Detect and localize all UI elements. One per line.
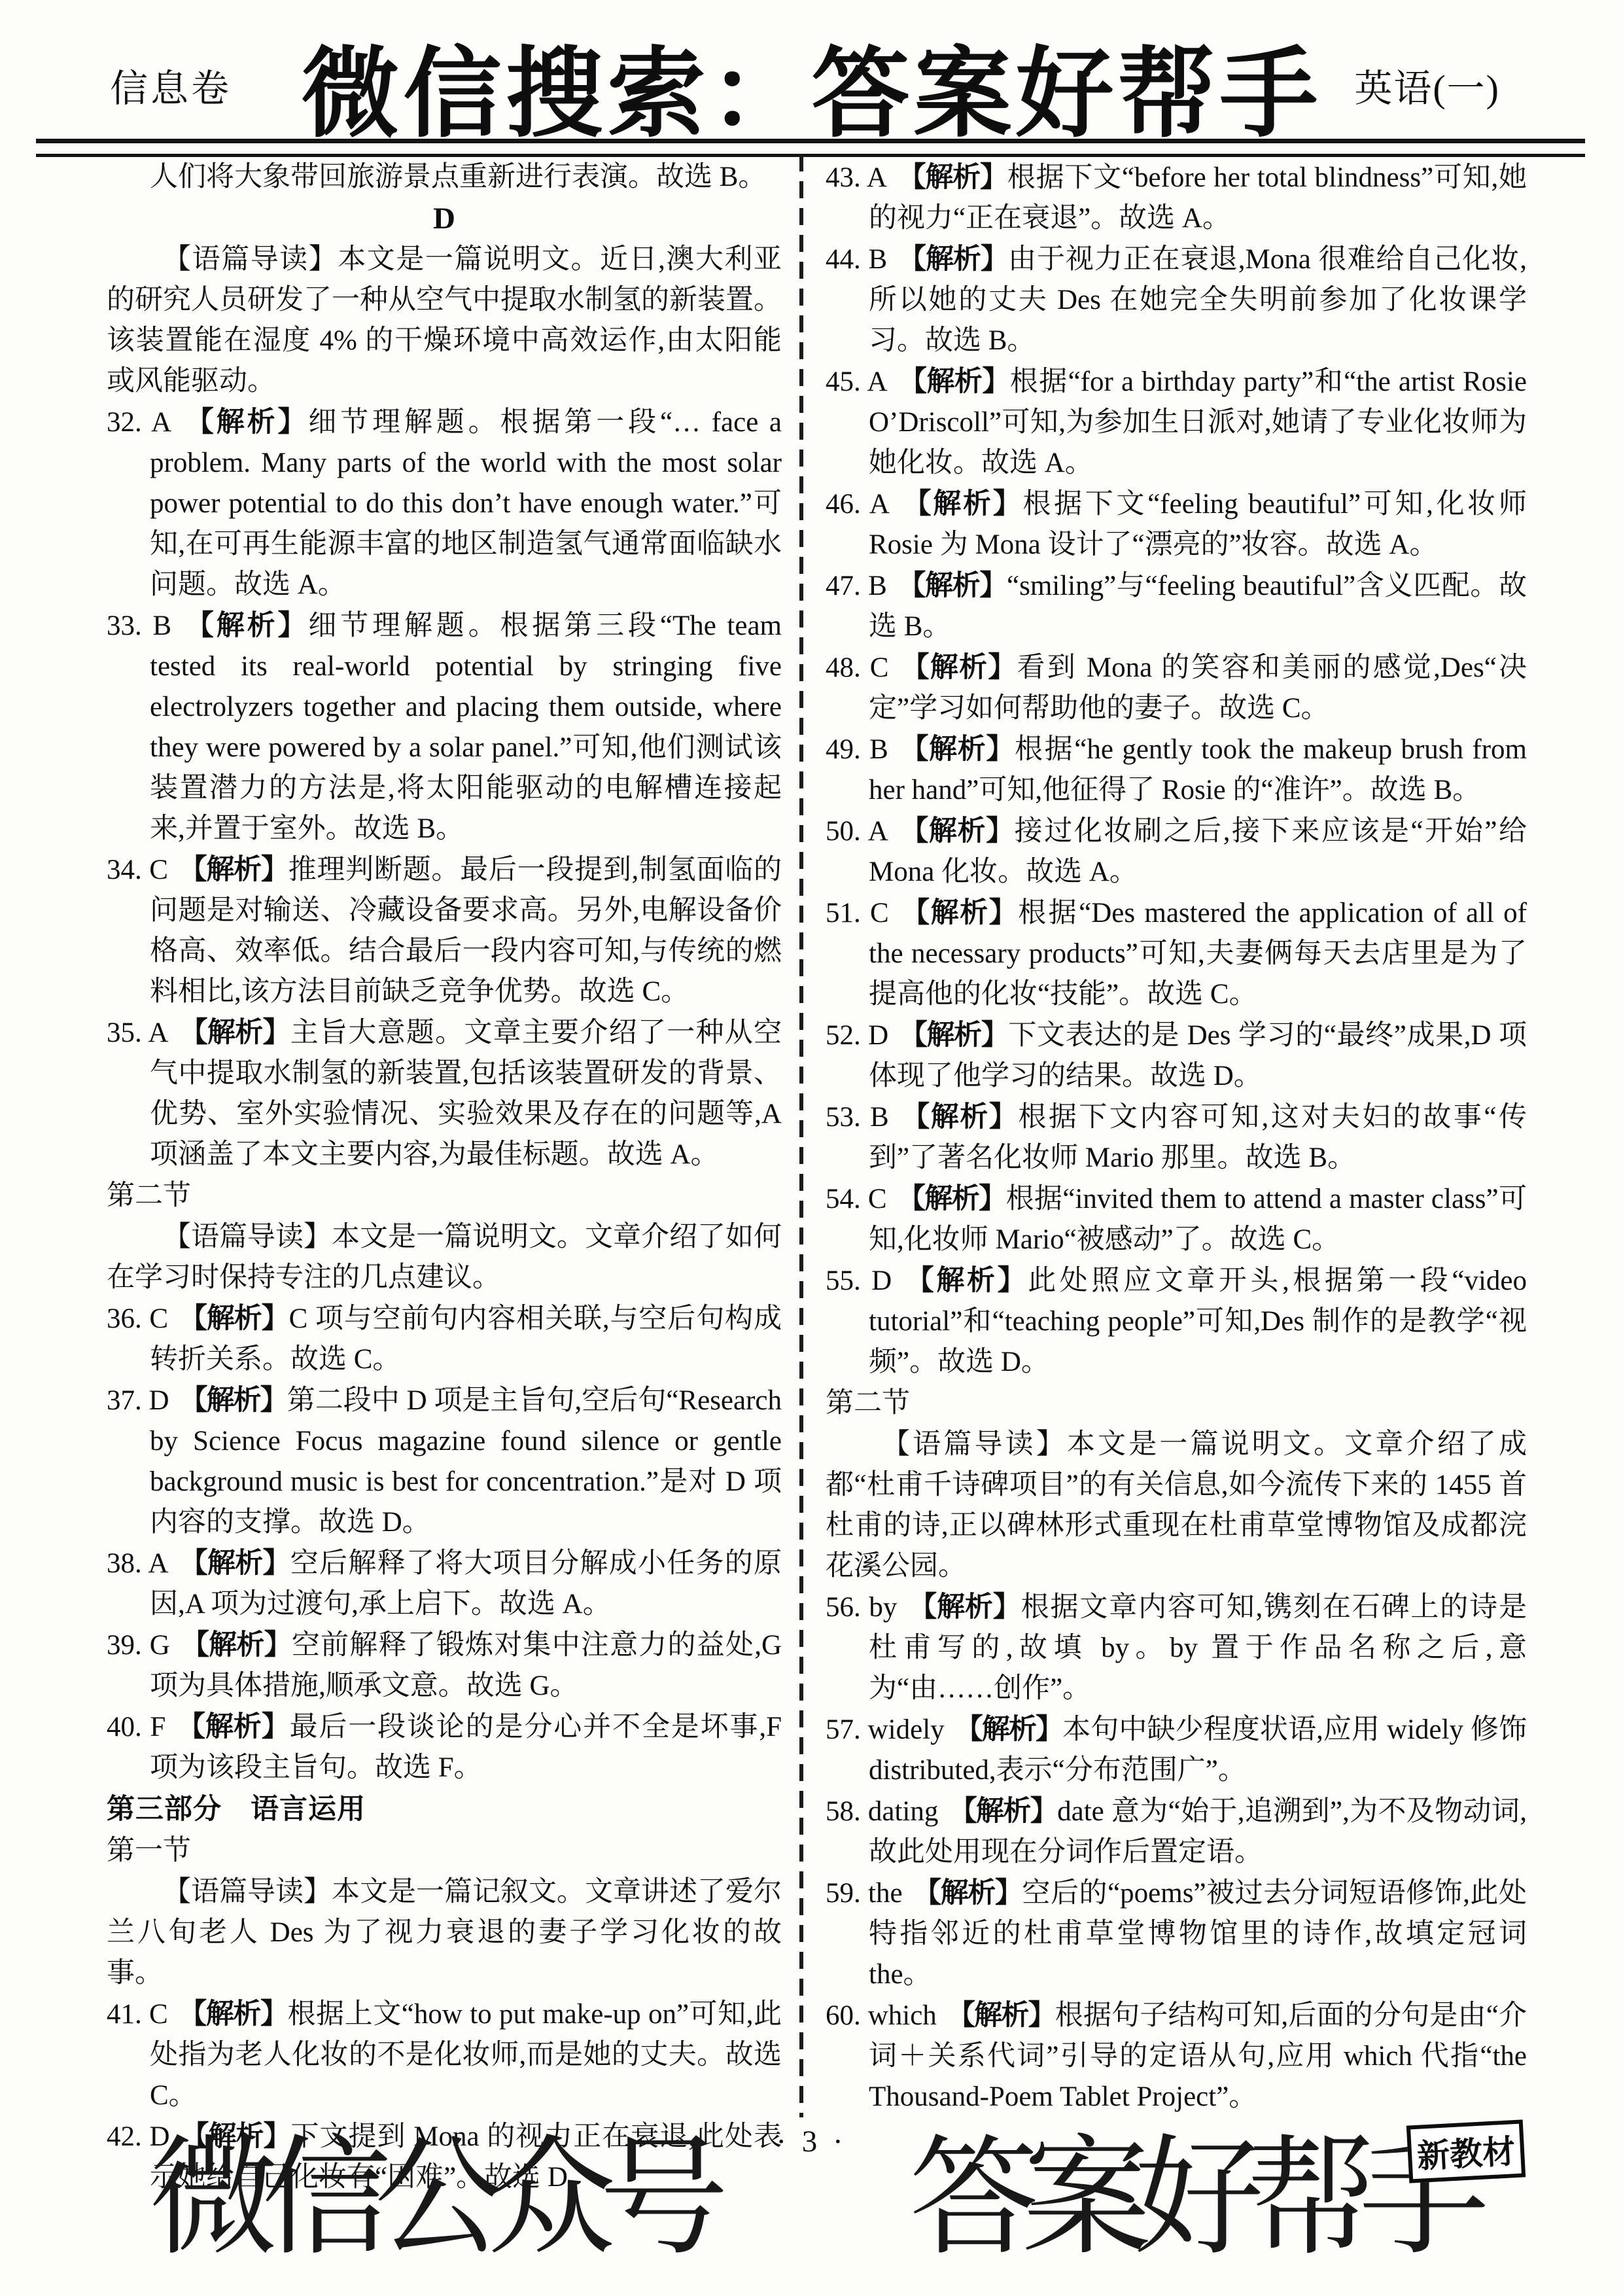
analysis-label: 【解析】: [899, 815, 1015, 847]
answer-number: 40. F: [107, 1712, 166, 1742]
passage-intro-d: 【语篇导读】本文是一篇说明文。近日,澳大利亚的研究人员研发了一种从空气中提取水制…: [107, 239, 782, 402]
section-2-heading: 第二节: [107, 1175, 782, 1217]
answer-explanation: 细节理解题。根据第三段“The team tested its real-wor…: [150, 610, 782, 844]
analysis-label: 【解析】: [180, 1385, 287, 1416]
answer-number: 35. A: [107, 1017, 168, 1048]
answer-number: 59. the: [826, 1878, 903, 1909]
answer-item-58: 58. dating【解析】date 意为“始于,追溯到”,为不及物动词,故此处…: [826, 1791, 1527, 1873]
column-divider: [799, 154, 803, 2117]
analysis-label: 【解析】: [181, 1629, 292, 1661]
answer-number: 36. C: [107, 1303, 168, 1334]
section-2-heading-right: 第二节: [826, 1383, 1527, 1424]
analysis-label: 【解析】: [899, 897, 1018, 928]
answer-number: 39. G: [107, 1630, 170, 1661]
answer-number: 58. dating: [826, 1796, 938, 1827]
answer-item-55: 55. D【解析】此处照应文章开头,根据第一段“video tutorial”和…: [826, 1260, 1527, 1383]
answer-item-59: 59. the【解析】空后的“poems”被过去分词短语修饰,此处特指邻近的杜甫…: [826, 1873, 1527, 1995]
answer-number: 53. B: [826, 1102, 889, 1133]
passage-intro-section2: 【语篇导读】本文是一篇说明文。文章介绍了如何在学习时保持专注的几点建议。: [107, 1217, 782, 1298]
answer-number: 34. C: [107, 855, 168, 885]
analysis-label: 【解析】: [898, 162, 1007, 193]
analysis-label: 【解析】: [907, 1591, 1021, 1623]
answer-item-57: 57. widely【解析】本句中缺少程度状语,应用 widely 修饰 dis…: [826, 1709, 1527, 1791]
answer-item-43: 43. A【解析】根据下文“before her total blindness…: [826, 157, 1527, 239]
answer-number: 32. A: [107, 407, 171, 438]
analysis-label: 【解析】: [898, 366, 1010, 397]
section-1-heading: 第一节: [107, 1830, 782, 1872]
answer-item-32: 32. A【解析】细节理解题。根据第一段“… face a problem. M…: [107, 402, 782, 605]
answer-item-60: 60. which【解析】根据句子结构可知,后面的分句是由“介词＋关系代词”引导…: [826, 1995, 1527, 2117]
analysis-label: 【解析】: [179, 854, 288, 885]
analysis-label: 【解析】: [898, 1183, 1006, 1214]
answer-number: 55. D: [826, 1265, 892, 1296]
analysis-label: 【解析】: [176, 1711, 289, 1742]
answer-number: 60. which: [826, 2000, 937, 2031]
analysis-label: 【解析】: [899, 652, 1017, 683]
answer-number: 43. A: [826, 162, 887, 193]
analysis-label: 【解析】: [913, 1877, 1022, 1909]
answer-number: 44. B: [826, 244, 887, 275]
answer-number: 50. A: [826, 816, 888, 847]
answer-number: 52. D: [826, 1020, 888, 1051]
right-column: 43. A【解析】根据下文“before her total blindness…: [826, 157, 1527, 2117]
answer-number: 46. A: [826, 489, 890, 520]
analysis-label: 【解析】: [899, 733, 1015, 765]
answer-item-37: 37. D【解析】第二段中 D 项是主旨句,空后句“Research by Sc…: [107, 1380, 782, 1543]
carryover-text: 人们将大象带回旅游景点重新进行表演。故选 B。: [107, 157, 782, 198]
analysis-label: 【解析】: [899, 1101, 1019, 1133]
answer-item-54: 54. C【解析】根据“invited them to attend a mas…: [826, 1178, 1527, 1260]
answer-number: 48. C: [826, 652, 888, 683]
answer-item-51: 51. C【解析】根据“Des mastered the application…: [826, 892, 1527, 1015]
watermark-answer-helper: 答案好帮手: [909, 2134, 1472, 2264]
analysis-label: 【解析】: [179, 1547, 290, 1579]
left-column: 人们将大象带回旅游景点重新进行表演。故选 B。 D 【语篇导读】本文是一篇说明文…: [107, 157, 782, 2198]
passage-intro-right: 【语篇导读】本文是一篇说明文。文章介绍了成都“杜甫千诗碑项目”的有关信息,如今流…: [826, 1424, 1527, 1587]
part-3-heading: 第三部分 语言运用: [107, 1788, 782, 1830]
answer-number: 54. C: [826, 1184, 887, 1214]
subject-label: 英语(一): [1354, 58, 1500, 113]
answer-item-36: 36. C【解析】C 项与空前句内容相关联,与空后句构成转折关系。故选 C。: [107, 1298, 782, 1380]
answer-number: 49. B: [826, 734, 888, 765]
answer-number: 57. widely: [826, 1714, 945, 1745]
answer-number: 56. by: [826, 1592, 897, 1623]
analysis-label: 【解析】: [902, 1265, 1028, 1296]
answer-number: 51. C: [826, 898, 889, 928]
answer-item-50: 50. A【解析】接过化妆刷之后,接下来应该是“开始”给 Mona 化妆。故选 …: [826, 811, 1527, 892]
answer-number: 33. B: [107, 610, 171, 641]
answer-number: 38. A: [107, 1548, 168, 1579]
analysis-label: 【解析】: [898, 243, 1008, 275]
analysis-label: 【解析】: [182, 610, 308, 641]
analysis-label: 【解析】: [179, 1017, 290, 1048]
answer-item-39: 39. G【解析】空前解释了锻炼对集中注意力的益处,G 项为具体措施,顺承文意。…: [107, 1625, 782, 1706]
analysis-label: 【解析】: [179, 1303, 288, 1334]
answer-item-56: 56. by【解析】根据文章内容可知,镌刻在石碑上的诗是杜甫写的,故填 by。b…: [826, 1587, 1527, 1709]
answer-item-46: 46. A【解析】根据下文“feeling beautiful”可知,化妆师 R…: [826, 484, 1527, 565]
analysis-label: 【解析】: [899, 1019, 1008, 1051]
new-textbook-badge: 新教材: [1406, 2119, 1526, 2183]
analysis-label: 【解析】: [949, 1795, 1057, 1827]
answer-item-34: 34. C【解析】推理判断题。最后一段提到,制氢面临的问题是对输送、冷藏设备要求…: [107, 849, 782, 1012]
watermark-wechat-account: 微信公众号: [149, 2134, 712, 2264]
analysis-label: 【解析】: [955, 1714, 1063, 1745]
analysis-label: 【解析】: [182, 406, 308, 438]
analysis-label: 【解析】: [900, 488, 1023, 520]
answer-item-33: 33. B【解析】细节理解题。根据第三段“The team tested its…: [107, 605, 782, 849]
answer-item-52: 52. D【解析】下文表达的是 Des 学习的“最终”成果,D 项体现了他学习的…: [826, 1015, 1527, 1097]
answer-number: 41. C: [107, 1999, 168, 2030]
passage-letter-d: D: [107, 198, 782, 239]
answer-item-45: 45. A【解析】根据“for a birthday party”和“the a…: [826, 361, 1527, 484]
answer-number: 47. B: [826, 571, 887, 601]
answer-item-44: 44. B【解析】由于视力正在衰退,Mona 很难给自己化妆,所以她的丈夫 De…: [826, 239, 1527, 361]
answer-item-53: 53. B【解析】根据下文内容可知,这对夫妇的故事“传到”了著名化妆师 Mari…: [826, 1097, 1527, 1178]
header-double-rule: [36, 139, 1585, 157]
answer-item-40: 40. F【解析】最后一段谈论的是分心并不全是坏事,F 项为该段主旨句。故选 F…: [107, 1706, 782, 1788]
answer-number: 45. A: [826, 366, 888, 397]
analysis-label: 【解析】: [179, 1998, 288, 2030]
passage-intro-part3: 【语篇导读】本文是一篇记叙文。文章讲述了爱尔兰八旬老人 Des 为了视力衰退的妻…: [107, 1872, 782, 1994]
answer-item-48: 48. C【解析】看到 Mona 的笑容和美丽的感觉,Des“决定”学习如何帮助…: [826, 647, 1527, 729]
answer-item-47: 47. B【解析】“smiling”与“feeling beautiful”含义…: [826, 565, 1527, 647]
analysis-label: 【解析】: [947, 2000, 1055, 2031]
answer-number: 37. D: [107, 1385, 169, 1416]
analysis-label: 【解析】: [898, 570, 1007, 601]
answer-item-41: 41. C【解析】根据上文“how to put make-up on”可知,此…: [107, 1994, 782, 2116]
answer-item-38: 38. A【解析】空后解释了将大项目分解成小任务的原因,A 项为过渡句,承上启下…: [107, 1543, 782, 1625]
answer-item-35: 35. A【解析】主旨大意题。文章主要介绍了一种从空气中提取水制氢的新装置,包括…: [107, 1012, 782, 1175]
answer-item-49: 49. B【解析】根据“he gently took the makeup br…: [826, 729, 1527, 811]
